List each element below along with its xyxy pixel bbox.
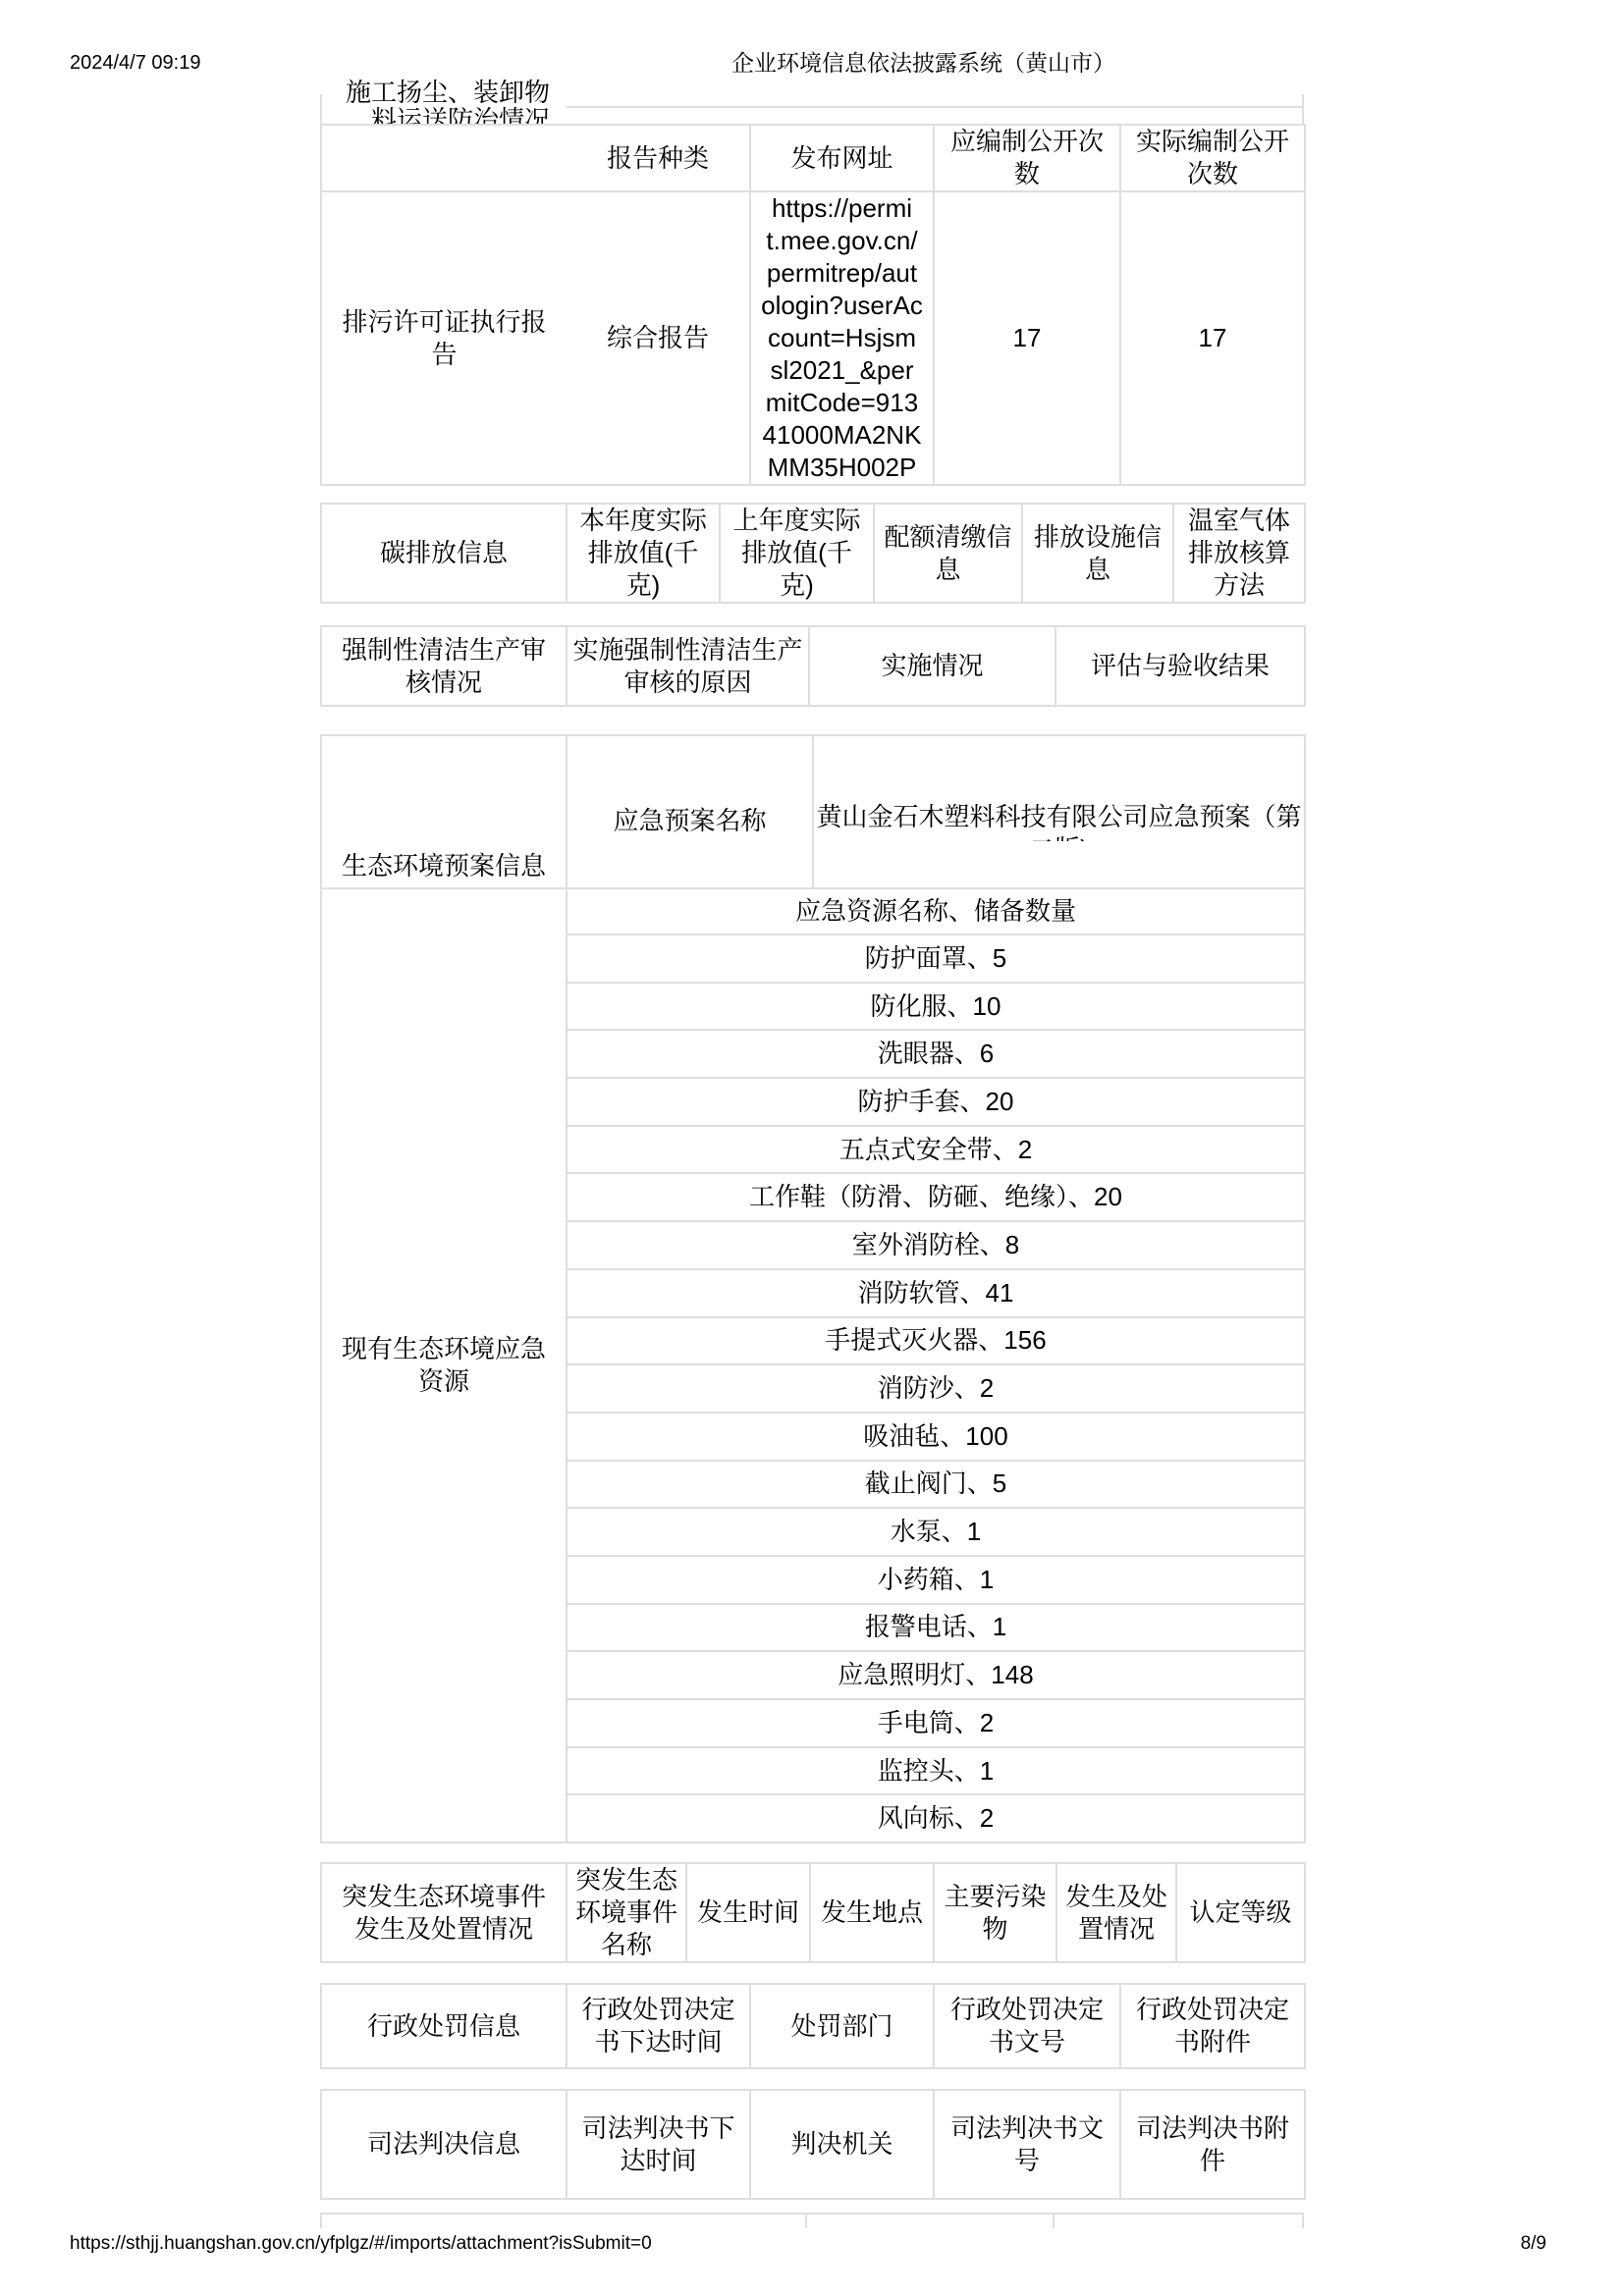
permit-report-actual-cell: 17: [1120, 191, 1305, 485]
carbon-header-quota: 配额清缴信 息: [874, 504, 1022, 603]
bottom-fragment-separator-1: [805, 2215, 807, 2228]
resource-item: 监控头、1: [567, 1747, 1305, 1795]
incident-header-time: 发生时间: [686, 1863, 810, 1962]
judgment-header-time: 司法判决书下 达时间: [567, 2090, 750, 2199]
incident-label: 突发生态环境事件 发生及处置情况: [321, 1863, 567, 1962]
resource-item: 吸油毡、100: [567, 1413, 1305, 1461]
cleaner-production-header-result: 评估与验收结果: [1055, 626, 1305, 706]
incident-header-name: 突发生态 环境事件 名称: [567, 1863, 686, 1962]
permit-report-label: 排污许可证执行报 告: [321, 191, 567, 485]
resource-item: 小药箱、1: [567, 1556, 1305, 1604]
resource-item: 报警电话、1: [567, 1604, 1305, 1652]
resource-item: 手电筒、2: [567, 1699, 1305, 1747]
print-timestamp: 2024/4/7 09:19: [70, 51, 200, 75]
resource-item: 水泵、1: [567, 1508, 1305, 1556]
permit-report-header-actual: 实际编制公开 次数: [1120, 125, 1305, 191]
penalty-header-number: 行政处罚决定 书文号: [934, 1984, 1120, 2068]
emergency-plan-name-key: 应急预案名称: [567, 735, 813, 907]
cleaner-production-table: 强制性清洁生产审 核情况 实施强制性清洁生产 审核的原因 实施情况 评估与验收结…: [320, 625, 1306, 707]
resource-item: 防护手套、20: [567, 1078, 1305, 1126]
carbon-header-previous-year: 上年度实际 排放值(千 克): [720, 504, 874, 603]
incident-header-pollutant: 主要污染 物: [934, 1863, 1056, 1962]
permit-report-url-cell: https://permi t.mee.gov.cn/ permitrep/au…: [750, 191, 934, 485]
resource-item: 应急照明灯、148: [567, 1651, 1305, 1699]
bottom-fragment-left-border: [320, 2215, 322, 2228]
carbon-info-table: 碳排放信息 本年度实际 排放值(千 克) 上年度实际 排放值(千 克) 配额清缴…: [320, 503, 1306, 604]
penalty-header-time: 行政处罚决定 书下达时间: [567, 1984, 750, 2068]
resource-item: 消防软管、41: [567, 1269, 1305, 1317]
judgment-header-authority: 判决机关: [750, 2090, 934, 2199]
judgment-header-number: 司法判决书文 号: [934, 2090, 1120, 2199]
penalty-label: 行政处罚信息: [321, 1984, 567, 2068]
cleaner-production-header-reason: 实施强制性清洁生产 审核的原因: [567, 626, 809, 706]
bottom-fragment-separator-2: [1053, 2215, 1055, 2228]
resource-item: 消防沙、2: [567, 1364, 1305, 1413]
resource-item: 手提式灭火器、156: [567, 1317, 1305, 1365]
permit-report-header-spacer: [321, 125, 567, 191]
emergency-plan-name-value-text: 黄山金石木塑料科技有限公司应急预案（第 二版): [816, 801, 1302, 841]
resource-item: 室外消防栓、8: [567, 1221, 1305, 1269]
carbon-header-method: 温室气体 排放核算 方法: [1173, 504, 1305, 603]
page-title: 企业环境信息依法披露系统（黄山市）: [731, 49, 1115, 77]
footer-page-indicator: 8/9: [1521, 2232, 1546, 2255]
footer-url: https://sthjj.huangshan.gov.cn/yfplgz/#/…: [70, 2232, 652, 2255]
incident-header-handling: 发生及处 置情况: [1056, 1863, 1176, 1962]
resource-item: 截止阀门、5: [567, 1461, 1305, 1509]
bottom-fragment-top-border: [320, 2213, 1304, 2215]
judgment-header-attachment: 司法判决书附 件: [1120, 2090, 1305, 2199]
carbon-header-facility: 排放设施信 息: [1022, 504, 1173, 603]
resource-item: 洗眼器、6: [567, 1030, 1305, 1078]
emergency-plan-name-value: 黄山金石木塑料科技有限公司应急预案（第 二版): [813, 735, 1305, 907]
permit-report-table: 报告种类 发布网址 应编制公开次 数 实际编制公开 次数 排污许可证执行报 告 …: [320, 124, 1306, 486]
fragment-row-label: 施工扬尘、装卸物 料运送防治情况: [320, 79, 566, 124]
incident-header-place: 发生地点: [810, 1863, 934, 1962]
judgment-table: 司法判决信息 司法判决书下 达时间 判决机关 司法判决书文 号 司法判决书附 件: [320, 2089, 1306, 2200]
permit-report-required-cell: 17: [934, 191, 1120, 485]
emergency-resources-table: 现有生态环境应急 资源 应急资源名称、储备数量 防护面罩、5防化服、10洗眼器、…: [320, 887, 1306, 1843]
penalty-header-attachment: 行政处罚决定 书附件: [1120, 1984, 1305, 2068]
permit-report-header-url: 发布网址: [750, 125, 934, 191]
permit-report-header-type: 报告种类: [567, 125, 750, 191]
emergency-resources-label: 现有生态环境应急 资源: [321, 888, 567, 1842]
fragment-left-border: [320, 94, 322, 124]
resource-item: 风向标、2: [567, 1794, 1305, 1842]
cleaner-production-header-status: 实施情况: [809, 626, 1055, 706]
incident-header-level: 认定等级: [1176, 1863, 1305, 1962]
penalty-header-department: 处罚部门: [750, 1984, 934, 2068]
cleaner-production-label: 强制性清洁生产审 核情况: [321, 626, 567, 706]
fragment-right-border: [1302, 94, 1304, 124]
carbon-header-current-year: 本年度实际 排放值(千 克): [567, 504, 720, 603]
incident-table: 突发生态环境事件 发生及处置情况 突发生态 环境事件 名称 发生时间 发生地点 …: [320, 1862, 1306, 1963]
penalty-table: 行政处罚信息 行政处罚决定 书下达时间 处罚部门 行政处罚决定 书文号 行政处罚…: [320, 1983, 1306, 2069]
permit-report-header-required: 应编制公开次 数: [934, 125, 1120, 191]
permit-report-type-cell: 综合报告: [567, 191, 750, 485]
resource-item: 工作鞋（防滑、防砸、绝缘）、20: [567, 1173, 1305, 1221]
bottom-fragment-right-border: [1302, 2215, 1304, 2228]
carbon-info-label: 碳排放信息: [321, 504, 567, 603]
judgment-label: 司法判决信息: [321, 2090, 567, 2199]
resource-item: 五点式安全带、2: [567, 1126, 1305, 1174]
emergency-resources-header: 应急资源名称、储备数量: [567, 888, 1305, 934]
resource-item: 防护面罩、5: [567, 934, 1305, 983]
resource-item: 防化服、10: [567, 983, 1305, 1031]
fragment-row-separator: [566, 106, 1304, 108]
